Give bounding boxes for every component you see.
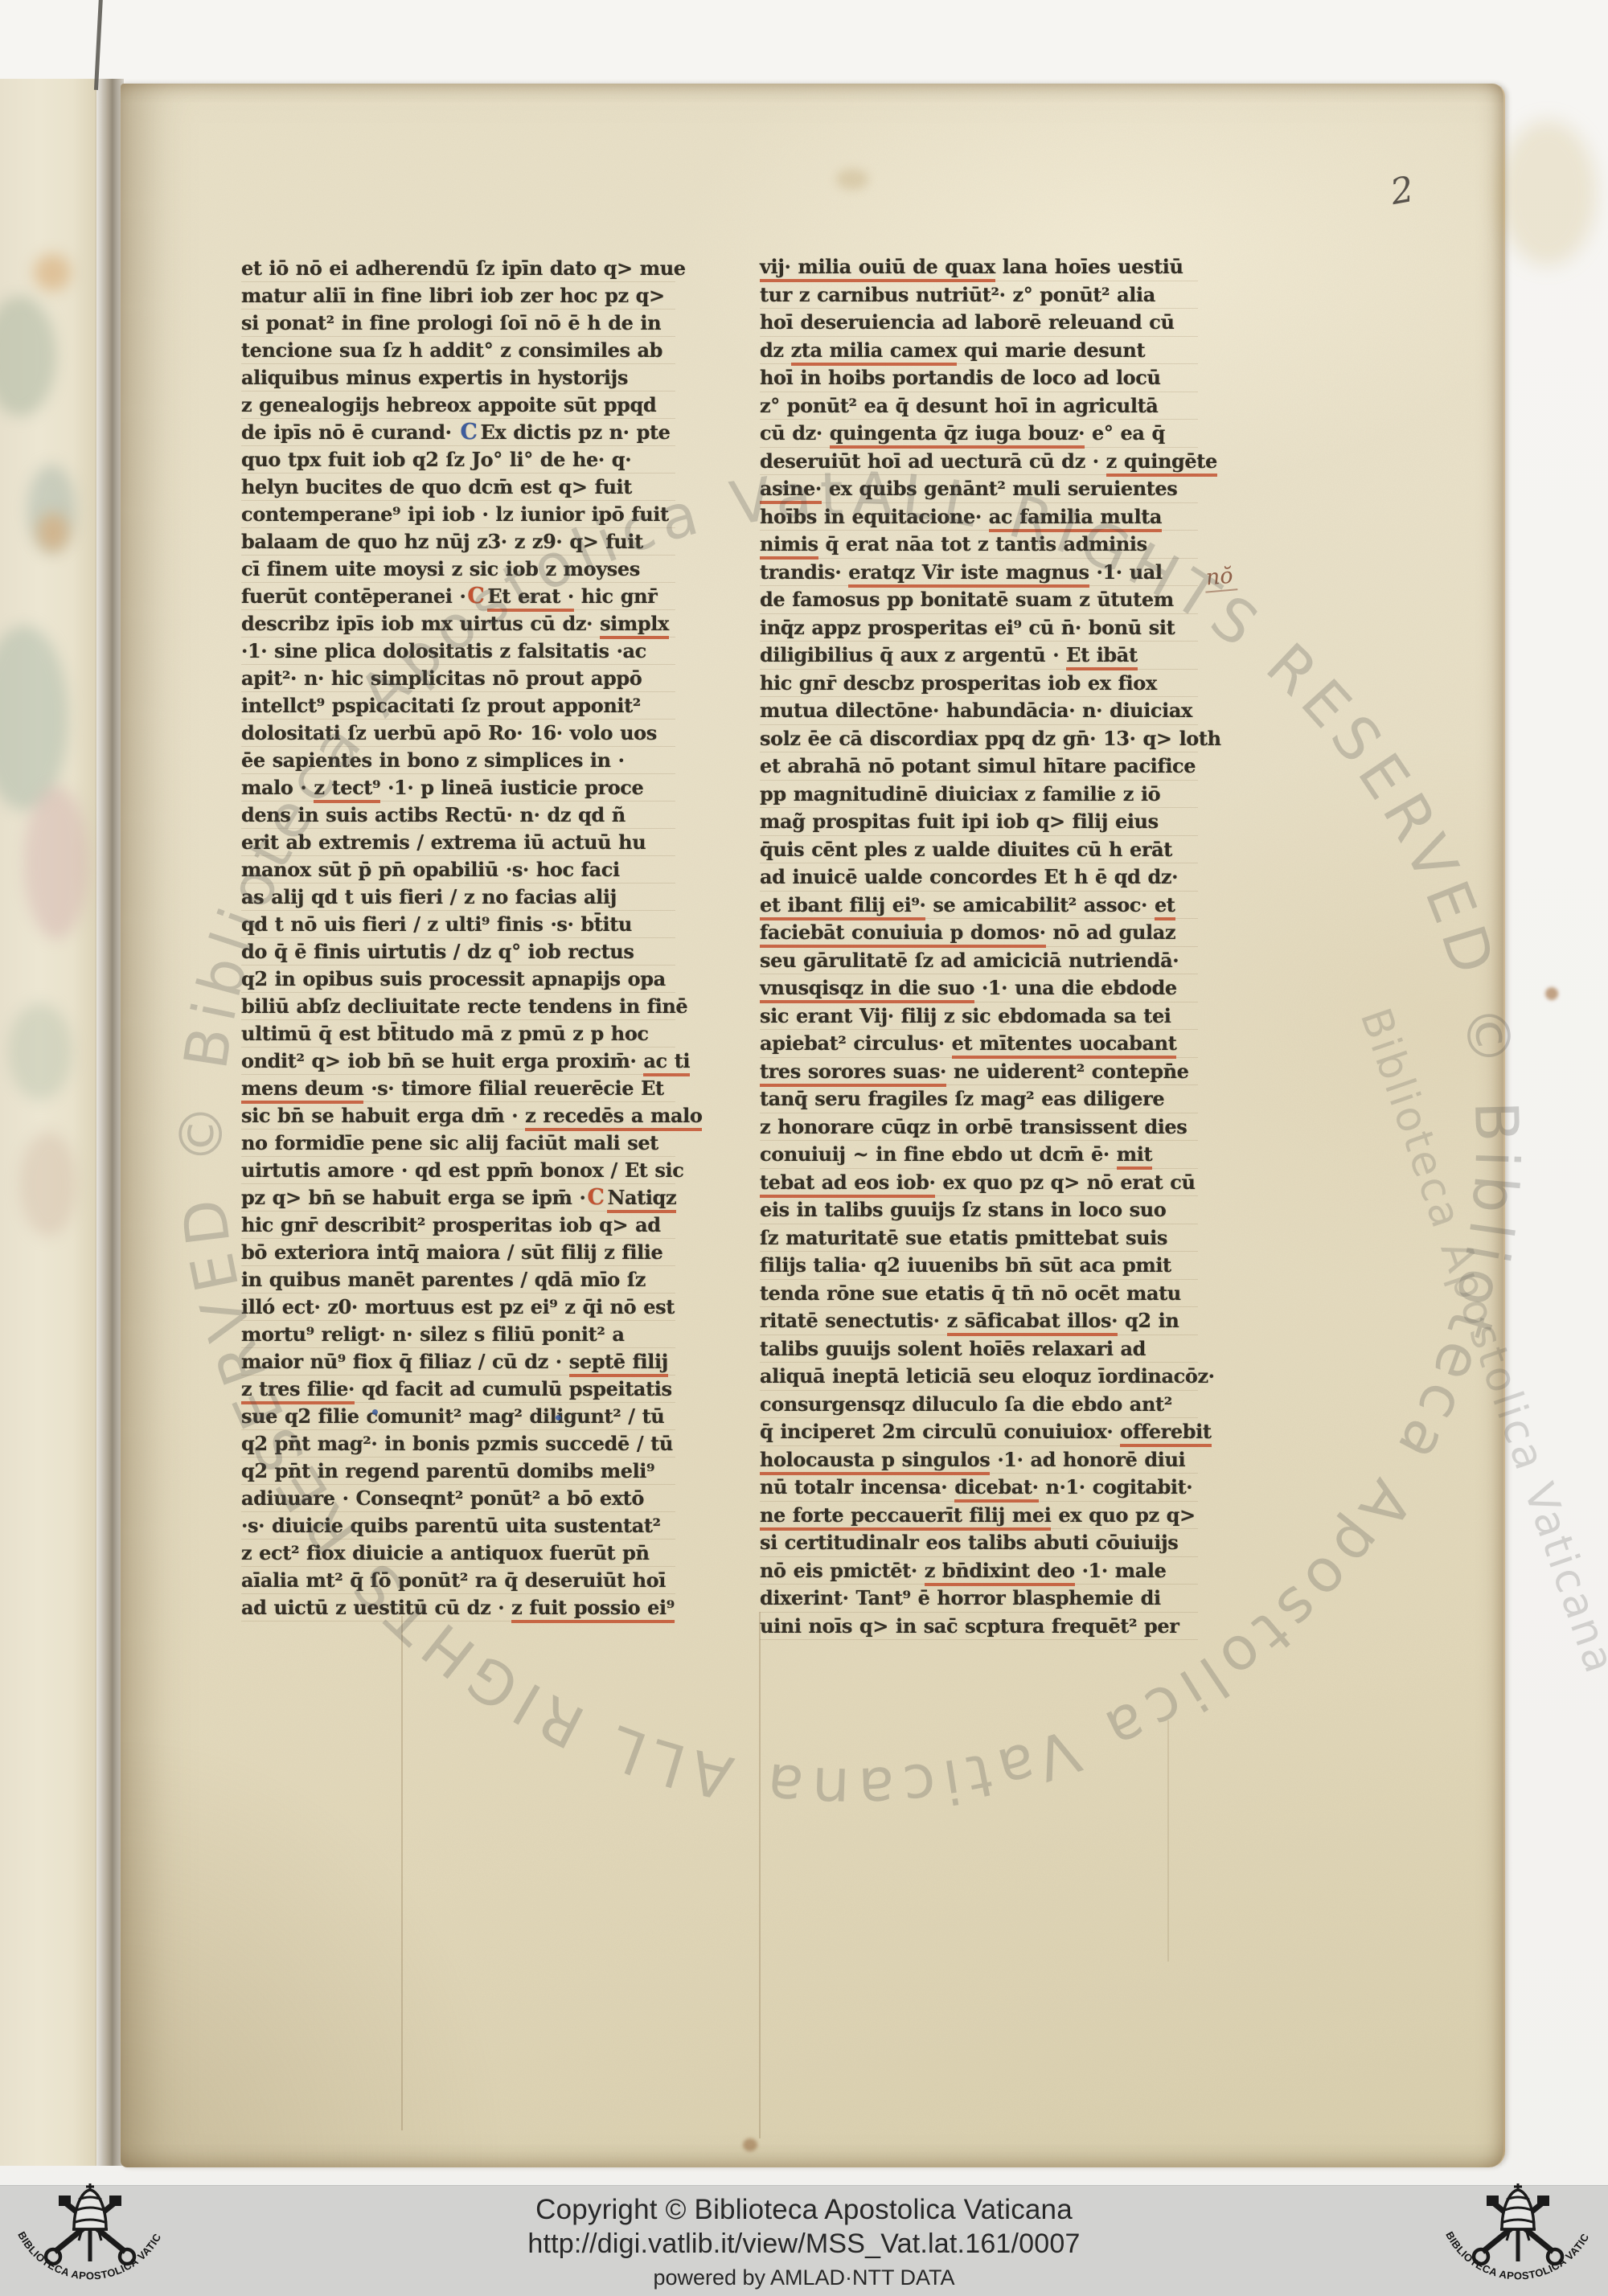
- manuscript-line: tanq̄ seru fragiles ſz mag² eas diligere: [760, 1085, 1198, 1113]
- manuscript-line: vij· milia ouiū de quax lana hoīes uesti…: [760, 253, 1198, 281]
- red-paragraph-mark: C: [466, 584, 487, 609]
- rubric-underline: vnusqisqz in die suo: [760, 976, 974, 1003]
- rubric-underline: Et erat ·: [487, 584, 573, 612]
- showthrough-ornament: [0, 625, 68, 810]
- rubric-underline: dicebat·: [954, 1475, 1038, 1503]
- manuscript-line: as alij qd t uis fieri / z no facias ali…: [241, 884, 675, 911]
- manuscript-line: apiebat² circulus· et mītentes uocabant: [760, 1030, 1198, 1058]
- manuscript-line: aīalia mt² q̄ ſō ponūt² ra q̄ deseruiūt …: [241, 1567, 675, 1594]
- ink-dot: [372, 1409, 378, 1415]
- manuscript-line: q2 pn̄t in regend parentū domibs meli⁹: [241, 1458, 675, 1485]
- manuscript-line: tres sorores suas· ne uiderent² contepn̄…: [760, 1058, 1198, 1086]
- manuscript-line: z ect² fiox diuicie a antiquox fuerūt pn…: [241, 1540, 675, 1567]
- manuscript-line: uini noīs q> in sac̄ scptura frequēt² pe…: [760, 1613, 1198, 1641]
- stain: [1499, 121, 1596, 265]
- rubric-underline: offerebit: [1120, 1420, 1211, 1447]
- rubric-underline: mens deum: [241, 1076, 363, 1104]
- manuscript-line: ad uictū z uestitū cū dz · z fuit possio…: [241, 1594, 675, 1622]
- manuscript-line: ondit² q> iob bn̄ se huit erga proxim̄· …: [241, 1048, 675, 1075]
- manuscript-line: erit ab extremis / extrema iū actuū hu: [241, 829, 675, 856]
- showthrough-ornament: [24, 786, 88, 939]
- manuscript-line: tebat ad eos iob· ex quo pz q> nō erat c…: [760, 1169, 1198, 1197]
- manuscript-line: si certitudinalr eos talibs abuti cōuiui…: [760, 1529, 1198, 1557]
- manuscript-line: balaam de quo hz nūj z3· z z9· q> fuit: [241, 528, 675, 556]
- rubric-underline: z tres filie·: [241, 1377, 355, 1404]
- marginal-gloss: nŏ: [1204, 563, 1237, 592]
- text-column-2: vij· milia ouiū de quax lana hoīes uesti…: [760, 253, 1198, 1640]
- manuscript-line: nū totalr incensa· dicebat· n·1· cogitab…: [760, 1474, 1198, 1502]
- ruling-line: [401, 1616, 403, 2130]
- manuscript-line: seu gārulitatē ſz ad amiciciā nutriendā·: [760, 947, 1198, 975]
- manuscript-line: mens deum ·s· timore filial reuerēcie Et: [241, 1075, 675, 1102]
- manuscript-line: trandis· eratqz Vir iste magnus ·1· ual: [760, 559, 1198, 587]
- manuscript-line: biliū abſz decliuitate recte tendens in …: [241, 993, 675, 1020]
- manuscript-line: ne forte peccauerīt filij mei ex quo pz …: [760, 1502, 1198, 1530]
- manuscript-line: eis in talibs guuijs ſz stans in loco su…: [760, 1196, 1198, 1224]
- manuscript-line: q̄uis cēnt ples z ualde diuites cū h erā…: [760, 836, 1198, 864]
- manuscript-line: talibs guuijs solent hoīēs relaxari ad: [760, 1335, 1198, 1363]
- manuscript-line: uirtutis amore · qd est ppm̄ bonox / Et …: [241, 1157, 675, 1184]
- manuscript-line: hoī in hoibs portandis de loco ad locū: [760, 364, 1198, 392]
- manuscript-line: quo tpx fuit iob q2 ſz Jo° li° de he· q·: [241, 446, 675, 474]
- manuscript-line: manox sūt p̄ pn̄ opabiliū ·s· hoc faci: [241, 856, 675, 884]
- manuscript-line: solz ēe cā discordiax ppq dz gn̄· 13· q>…: [760, 725, 1198, 753]
- manuscript-line: pp magnitudinē diuiciax z familie z iō: [760, 781, 1198, 809]
- manuscript-line: contemperane⁹ ipi iob · lz iunior ipō fu…: [241, 501, 675, 528]
- red-paragraph-mark: C: [585, 1185, 607, 1210]
- ink-dot: [556, 1415, 561, 1421]
- rubric-underline: faciebāt conuiuia p domos·: [760, 920, 1046, 948]
- footer-bar: BIBLIOTECA APOSTOLICA VATICANA Copyright…: [0, 2185, 1608, 2296]
- rubric-underline: eratqz Vir iste magnus: [848, 560, 1089, 588]
- showthrough-ornament: [0, 296, 56, 416]
- manuscript-line: dolositati ſz uerbū apō Ro· 16· volo uos: [241, 720, 675, 747]
- footer-url: http://digi.vatlib.it/view/MSS_Vat.lat.1…: [0, 2228, 1608, 2260]
- manuscript-line: hic gnr̄ descbz prosperitas iob ex fiox: [760, 670, 1198, 698]
- manuscript-line: in quibus manēt parentes / qdā mīo ſz: [241, 1266, 675, 1294]
- manuscript-line: hoī deseruiencia ad laborē releuand cū: [760, 309, 1198, 337]
- rubric-underline: ac familia multa: [989, 505, 1162, 532]
- rubric-underline: septē filij: [569, 1350, 668, 1377]
- manuscript-line: z honorare cūqz in orbē transissent dies: [760, 1113, 1198, 1142]
- manuscript-line: et ibant filij ei⁹· se amicabilit² assoc…: [760, 892, 1198, 920]
- manuscript-line: consurgensqz diluculo ſa die ebdo ant²: [760, 1391, 1198, 1419]
- manuscript-line: fuerūt contēperanei ·CEt erat · hic gnr̄: [241, 583, 675, 610]
- manuscript-line: ·s· diuicie quibs parentū uita sustentat…: [241, 1512, 675, 1540]
- manuscript-line: sic bn̄ se habuit erga dm̄ · z recedēs a…: [241, 1102, 675, 1130]
- manuscript-line: qd t nō uis fieri / z ulti⁹ finis ·s· bt…: [241, 911, 675, 938]
- manuscript-line: malo · z tect⁹ ·1· p lineā iusticie proc…: [241, 774, 675, 802]
- manuscript-line: filijs talia· q2 iuuenibs bn̄ sūt aca pm…: [760, 1252, 1198, 1280]
- rubric-underline: ne forte peccauerīt filij mei: [760, 1503, 1051, 1531]
- manuscript-line: dixerint· Tant⁹ ē horror blasphemie di: [760, 1585, 1198, 1613]
- previous-folio-edge: [0, 79, 96, 2166]
- rubric-underline: et ibant filij ei⁹·: [760, 893, 925, 920]
- manuscript-line: bō exteriora intq̄ maiora / sūt filij z …: [241, 1239, 675, 1266]
- manuscript-line: tur z carnibus nutriūt²· z° ponūt² alia: [760, 281, 1198, 310]
- digitized-manuscript-scan: { "folio_number": "2", "marginal_gloss":…: [0, 0, 1608, 2296]
- blue-paragraph-mark: C: [459, 420, 481, 445]
- manuscript-line: vnusqisqz in die suo ·1· una die ebdode: [760, 974, 1198, 1002]
- stain: [1545, 987, 1558, 1000]
- rubric-underline: quingenta q̄z iuga bouz·: [830, 421, 1085, 449]
- showthrough-ornament: [8, 1003, 72, 1100]
- manuscript-line: mag̃ prospitas fuit ipi iob q> filij eiu…: [760, 808, 1198, 836]
- manuscript-line: no formidīe pene sic alij faciūt mali se…: [241, 1130, 675, 1157]
- rubric-underline: ac ti: [643, 1049, 690, 1076]
- manuscript-line: hic gnr̄ describit² prosperitas iob q> a…: [241, 1212, 675, 1239]
- rubric-underline: Et ibāt: [1066, 643, 1137, 670]
- rubric-underline: z fuit possio ei⁹: [511, 1596, 675, 1623]
- vatican-library-emblem-icon: BIBLIOTECA APOSTOLICA VATICANA: [1433, 2181, 1603, 2296]
- backdrop-seam: [94, 0, 103, 90]
- manuscript-line: dens in suis actibs Rectū· n· dz qd ñ: [241, 802, 675, 829]
- manuscript-line: de famosus pp bonitatē suam z ūtutem: [760, 586, 1198, 614]
- stain: [836, 169, 868, 190]
- rubric-underline: tebat ad eos iob·: [760, 1171, 935, 1198]
- rubric-underline: z sāficabat illos·: [947, 1309, 1118, 1336]
- showthrough-ornament: [34, 254, 71, 291]
- manuscript-line: diligibilius q̄ aux z argentū · Et ibāt: [760, 642, 1198, 670]
- rubric-underline: simplx: [600, 612, 669, 639]
- manuscript-line: apit²· n· hic simplicitas nō prout appō: [241, 665, 675, 692]
- rubric-underline: Natiqz: [607, 1186, 676, 1213]
- manuscript-line: ſz maturitatē sue etatis pmittebat suis: [760, 1224, 1198, 1253]
- binding-gutter: [95, 79, 124, 2166]
- ruling-line: [1167, 1720, 1169, 1962]
- manuscript-line: q2 in opibus suis processit apnapijs opa: [241, 966, 675, 993]
- manuscript-line: ad inuicē ualde concordes Et h ē qd dz·: [760, 863, 1198, 892]
- manuscript-line: ·1· sine plica dolositatis z falsitatis …: [241, 638, 675, 665]
- manuscript-line: cī finem uite moysi z sic iob z moyses: [241, 556, 675, 583]
- manuscript-line: tencione sua ſz h addit° z consimiles ab: [241, 337, 675, 364]
- text-column-1: et iō nō ei adherendū ſz ipīn dato q> mu…: [241, 255, 675, 1622]
- rubric-underline: tres sorores suas·: [760, 1060, 946, 1087]
- rubric-underline: mit: [1117, 1142, 1152, 1170]
- manuscript-line: describz ipīs iob mx uirtus cū dz· simpl…: [241, 610, 675, 638]
- manuscript-line: matur aliī in fine libri iob zer hoc pz …: [241, 282, 675, 310]
- rubric-underline: nimis: [760, 532, 818, 560]
- manuscript-line: aliquā ineptā leticiā seu eloquz īordina…: [760, 1363, 1198, 1391]
- manuscript-line: ultimū q̄ est bt̄itudo mā z pmū z p hoc: [241, 1020, 675, 1048]
- rubric-underline: zta milia camex: [791, 338, 957, 366]
- rubric-underline: holocausta p singulos: [760, 1448, 990, 1475]
- ruling-line: [759, 1612, 761, 2138]
- rubric-underline: vij· milia ouiū de quax: [760, 255, 995, 282]
- manuscript-line: et abrahā nō potant simul hītare pacific…: [760, 752, 1198, 781]
- manuscript-line: cū dz· quingenta q̄z iuga bouz· e° ea q̄: [760, 420, 1198, 448]
- manuscript-line: z tres filie· qd facit ad cumulū pspeita…: [241, 1376, 675, 1403]
- showthrough-ornament: [37, 513, 69, 551]
- rubric-underline: et mītentes uocabant: [952, 1031, 1177, 1059]
- manuscript-line: q2 pn̄t mag²· in bonis pzmis succedē / t…: [241, 1430, 675, 1458]
- manuscript-line: deseruiūt hoī ad uecturā cū dz · z quing…: [760, 448, 1198, 476]
- manuscript-line: dz zta milia camex qui marie desunt: [760, 337, 1198, 365]
- manuscript-line: holocausta p singulos ·1· ad honorē diui: [760, 1446, 1198, 1474]
- manuscript-line: sic erant Vij· filij z sic ebdomada sa t…: [760, 1002, 1198, 1031]
- rubric-underline: et: [1155, 893, 1175, 920]
- rubric-underline: z recedēs a malo: [525, 1104, 702, 1131]
- rubric-underline: z tect⁹: [314, 776, 380, 803]
- stain: [743, 2138, 757, 2151]
- manuscript-line: do q̄ ē finis uirtutis / dz q° iob rectu…: [241, 938, 675, 966]
- manuscript-line: z genealogijs hebreox appoite sūt ppqd: [241, 392, 675, 419]
- manuscript-line: helyn bucites de quo dcm̄ est q> fuit: [241, 474, 675, 501]
- manuscript-line: faciebāt conuiuia p domos· nō ad gulaz: [760, 919, 1198, 947]
- manuscript-line: si ponat² in fine prologi ſoī nō ē h de …: [241, 310, 675, 337]
- manuscript-line: mortu⁹ religt· n· silez s filiū ponit² a: [241, 1321, 675, 1348]
- manuscript-line: z° ponūt² ea q̄ desunt hoī in agricultā: [760, 392, 1198, 420]
- manuscript-line: nimis q̄ erat nāa tot z tantis adminis: [760, 531, 1198, 559]
- manuscript-line: tenda rōne sue etatis q̄ tn̄ nō ocēt mat…: [760, 1280, 1198, 1308]
- showthrough-ornament: [20, 1132, 76, 1236]
- manuscript-line: ritatē senectutis· z sāficabat illos· q2…: [760, 1307, 1198, 1335]
- manuscript-line: sue q2 filie comunit² mag² diligunt² / t…: [241, 1403, 675, 1430]
- rubric-underline: z bn̄dixint deo: [925, 1559, 1075, 1586]
- manuscript-line: et iō nō ei adherendū ſz ipīn dato q> mu…: [241, 255, 675, 282]
- manuscript-line: conuiuij ~ in fine ebdo ut dcm̄ ē· mit: [760, 1141, 1198, 1169]
- manuscript-line: hoībs in equitacione· ac familia multa: [760, 503, 1198, 531]
- footer-powered: powered by AMLAD·NTT DATA: [0, 2265, 1608, 2290]
- rubric-underline: z quingēte: [1106, 449, 1217, 477]
- manuscript-line: adiuuare · Conseqnt² ponūt² a bō extō: [241, 1485, 675, 1512]
- manuscript-line: nō eis pmictēt· z bn̄dixint deo ·1· male: [760, 1557, 1198, 1585]
- manuscript-line: ēe sapientes in bono z simplices in ·: [241, 747, 675, 774]
- manuscript-line: illó ect· z0· mortuus est pz ei⁹ z q̄i n…: [241, 1294, 675, 1321]
- manuscript-line: mutua dilectōne· habundācia· n· diuiciax: [760, 697, 1198, 725]
- manuscript-line: q̄ inciperet 2m circulū conuiuiox· offer…: [760, 1418, 1198, 1446]
- manuscript-line: aliquibus minus expertis in hystorijs: [241, 364, 675, 392]
- manuscript-line: pz q> bn̄ se habuit erga se ipm̄ ·CNatiq…: [241, 1184, 675, 1212]
- manuscript-line: asine· ex quibs genānt² muli seruientes: [760, 475, 1198, 503]
- manuscript-line: de ipīs nō ē curand· CEx dictis pz n· pt…: [241, 419, 675, 446]
- rubric-underline: asine·: [760, 477, 822, 504]
- manuscript-line: inq̄z appz prosperitas ei⁹ cū n̄· bonū s…: [760, 614, 1198, 642]
- manuscript-line: maior nū⁹ fiox q̄ filiaz / cū dz · septē…: [241, 1348, 675, 1376]
- footer-copyright: Copyright © Biblioteca Apostolica Vatica…: [0, 2194, 1608, 2226]
- manuscript-line: intellct⁹ pspicacitati ſz prout apponit²: [241, 692, 675, 720]
